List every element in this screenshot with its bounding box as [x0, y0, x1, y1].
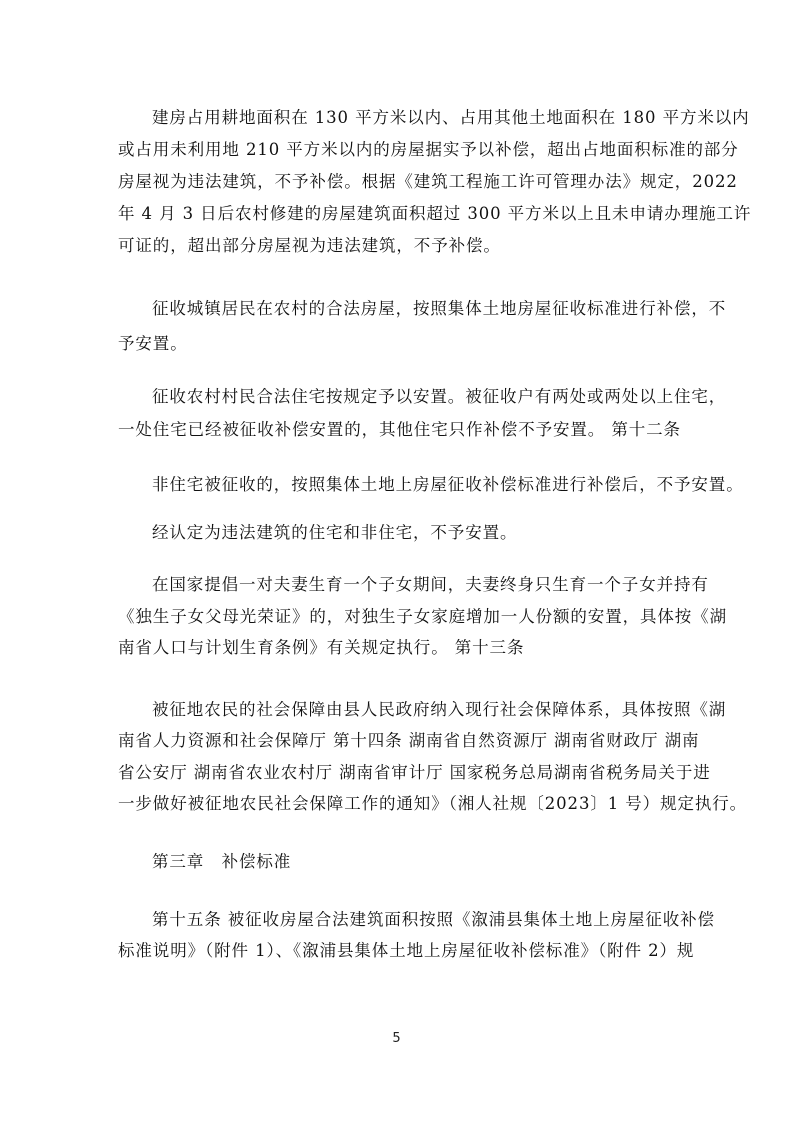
- text-line: 非住宅被征收的，按照集体土地上房屋征收补偿标准进行补偿后，不予安置。: [152, 475, 675, 495]
- page-number: 5: [0, 1031, 793, 1046]
- text-line: 房屋视为违法建筑，不予补偿。根据《建筑工程施工许可管理办法》规定，2022: [118, 172, 675, 192]
- document-page: 建房占用耕地面积在 130 平方米以内、占用其他土地面积在 180 平方米以内或…: [0, 0, 793, 1122]
- text-line: 第三章 补偿标准: [152, 852, 675, 872]
- text-line: 建房占用耕地面积在 130 平方米以内、占用其他土地面积在 180 平方米以内: [152, 108, 675, 128]
- text-line: 南省人口与计划生育条例》有关规定执行。 第十三条: [118, 638, 675, 658]
- text-line: 或占用未利用地 210 平方米以内的房屋据实予以补偿，超出占地面积标准的部分: [118, 140, 675, 160]
- text-line: 一步做好被征地农民社会保障工作的通知》（湘人社规〔2023〕1 号）规定执行。: [118, 794, 675, 814]
- text-line: 征收城镇居民在农村的合法房屋，按照集体土地房屋征收标准进行补偿，不: [152, 299, 675, 319]
- text-line: 一处住宅已经被征收补偿安置的，其他住宅只作补偿不予安置。 第十二条: [118, 420, 675, 440]
- text-line: 在国家提倡一对夫妻生育一个子女期间，夫妻终身只生育一个子女并持有: [152, 575, 675, 595]
- text-line: 可证的，超出部分房屋视为违法建筑，不予补偿。: [118, 236, 675, 256]
- text-line: 被征地农民的社会保障由县人民政府纳入现行社会保障体系，具体按照《湖: [152, 700, 675, 720]
- text-line: 年 4 月 3 日后农村修建的房屋建筑面积超过 300 平方米以上且未申请办理施…: [118, 204, 675, 224]
- text-line: 予安置。: [118, 334, 675, 354]
- text-line: 征收农村村民合法住宅按规定予以安置。被征收户有两处或两处以上住宅，: [152, 387, 675, 407]
- text-line: 标准说明》（附件 1）、《溆浦县集体土地上房屋征收补偿标准》（附件 2）规: [118, 941, 675, 961]
- text-line: 省公安厅 湖南省农业农村厅 湖南省审计厅 国家税务总局湖南省税务局关于进: [118, 763, 675, 783]
- text-line: 经认定为违法建筑的住宅和非住宅，不予安置。: [152, 523, 675, 543]
- text-line: 南省人力资源和社会保障厅 第十四条 湖南省自然资源厅 湖南省财政厅 湖南: [118, 731, 675, 751]
- text-line: 《独生子女父母光荣证》的，对独生子女家庭增加一人份额的安置，具体按《湖: [118, 607, 675, 627]
- text-line: 第十五条 被征收房屋合法建筑面积按照《溆浦县集体土地上房屋征收补偿: [152, 910, 675, 930]
